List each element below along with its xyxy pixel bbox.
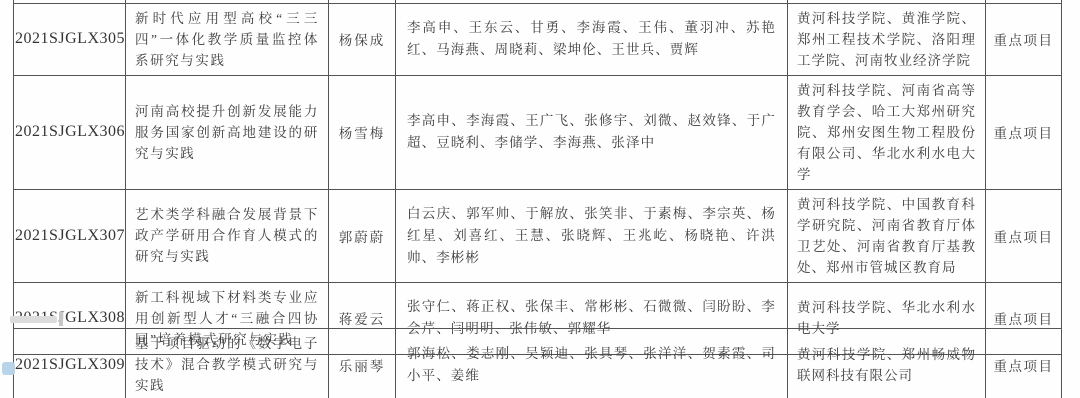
page-break-tick	[59, 312, 63, 326]
project-title-cell: 新时代应用型高校“三三四”一体化教学质量监控体系研究与实践	[126, 3, 329, 75]
project-type-cell: 重点项目	[986, 189, 1062, 282]
project-type-cell: 重点项目	[986, 329, 1062, 398]
page-break-smudge	[10, 316, 57, 323]
institutions-cell: 黄河科技学院、郑州畅威物联网科技有限公司	[788, 329, 986, 398]
table-row: 2021SJGLX305新时代应用型高校“三三四”一体化教学质量监控体系研究与实…	[14, 3, 1062, 75]
table-row: 2021SJGLX309基于项目驱动的《数字电子技术》混合教学模式研究与实践乐丽…	[14, 329, 1062, 398]
projects-table-upper: 2021SJGLX305新时代应用型高校“三三四”一体化教学质量监控体系研究与实…	[13, 0, 1062, 355]
document-page: 2021SJGLX305新时代应用型高校“三三四”一体化教学质量监控体系研究与实…	[0, 0, 1080, 398]
institutions-cell: 黄河科技学院、黄淮学院、郑州工程技术学院、洛阳理工学院、河南牧业经济学院	[788, 3, 986, 75]
cursor-fragment-icon	[2, 362, 15, 375]
project-title-cell: 河南高校提升创新发展能力服务国家创新高地建设的研究与实践	[126, 75, 329, 189]
institutions-cell: 黄河科技学院、河南省高等教育学会、哈工大郑州研究院、郑州安图生物工程股份有限公司…	[788, 75, 986, 189]
leader-cell: 郭蔚蔚	[329, 189, 396, 282]
project-title-cell: 艺术类学科融合发展背景下政产学研用合作育人模式的研究与实践	[126, 189, 329, 282]
members-cell: 李高申、李海霞、王广飞、张修宇、刘微、赵效锋、于广超、豆晓利、李储学、李海燕、张…	[396, 75, 788, 189]
project-id-cell: 2021SJGLX307	[14, 189, 126, 282]
institutions-cell: 黄河科技学院、中国教育科学研究院、河南省教育厅体卫艺处、河南省教育厅基教处、郑州…	[788, 189, 986, 282]
project-type-cell: 重点项目	[986, 3, 1062, 75]
project-id-cell: 2021SJGLX309	[14, 329, 126, 398]
members-cell: 李高申、王东云、甘勇、李海霞、王伟、董羽冲、苏艳红、马海燕、周晓莉、梁坤伦、王世…	[396, 3, 788, 75]
project-id-cell: 2021SJGLX306	[14, 75, 126, 189]
leader-cell: 乐丽琴	[329, 329, 396, 398]
project-type-cell: 重点项目	[986, 75, 1062, 189]
members-cell: 郭海松、娄志刚、吴颖迪、张具琴、张洋洋、贺素霞、司小平、姜维	[396, 329, 788, 398]
leader-cell: 杨保成	[329, 3, 396, 75]
members-cell: 白云庆、郭军帅、于解放、张笑非、于素梅、李宗英、杨红星、刘喜红、王慧、张晓辉、王…	[396, 189, 788, 282]
project-title-cell: 基于项目驱动的《数字电子技术》混合教学模式研究与实践	[126, 329, 329, 398]
table-row: 2021SJGLX307艺术类学科融合发展背景下政产学研用合作育人模式的研究与实…	[14, 189, 1062, 282]
table-row: 2021SJGLX306河南高校提升创新发展能力服务国家创新高地建设的研究与实践…	[14, 75, 1062, 189]
projects-table-lower: 2021SJGLX309基于项目驱动的《数字电子技术》混合教学模式研究与实践乐丽…	[13, 328, 1062, 398]
project-id-cell: 2021SJGLX305	[14, 3, 126, 75]
leader-cell: 杨雪梅	[329, 75, 396, 189]
